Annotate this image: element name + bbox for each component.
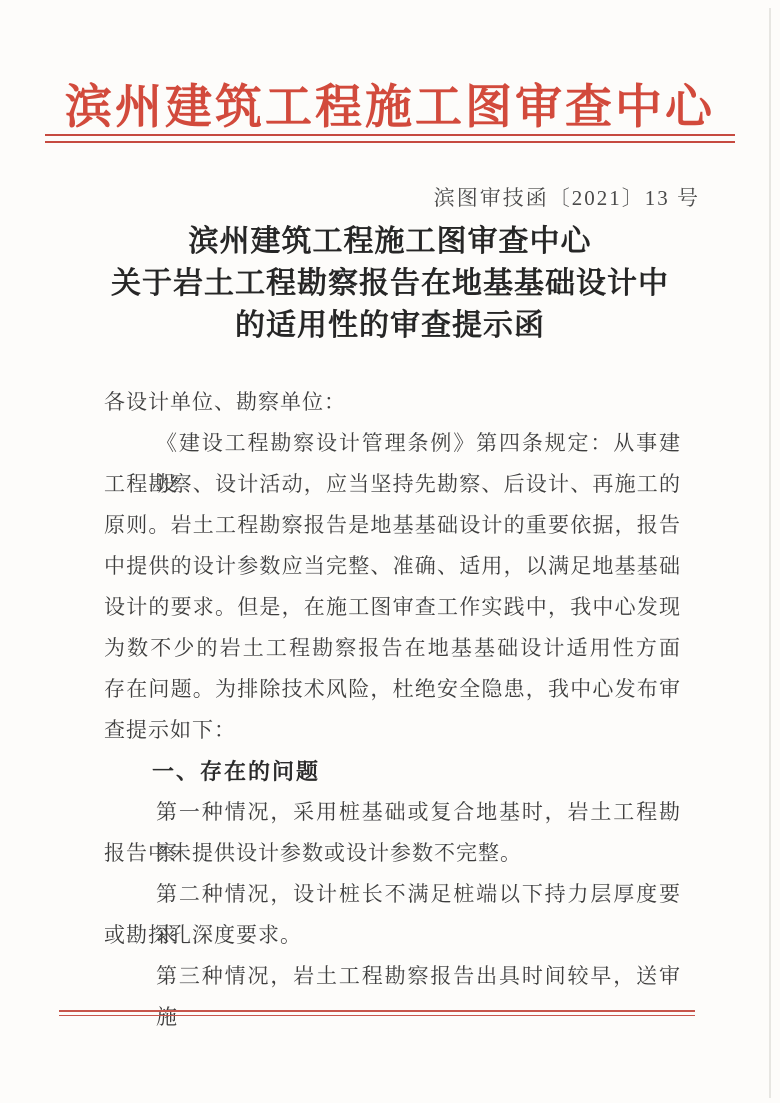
- body-line: 查提示如下：: [104, 710, 681, 751]
- body-line: 《建设工程勘察设计管理条例》第四条规定：从事建设: [104, 423, 681, 464]
- body-line: 存在问题。为排除技术风险，杜绝安全隐患，我中心发布审: [104, 669, 681, 710]
- body-line: 设计的要求。但是，在施工图审查工作实践中，我中心发现: [104, 587, 681, 628]
- doc-title: 滨州建筑工程施工图审查中心 关于岩土工程勘察报告在地基基础设计中 的适用性的审查…: [0, 221, 780, 347]
- body-text: 各设计单位、勘察单位：《建设工程勘察设计管理条例》第四条规定：从事建设工程勘察、…: [104, 382, 681, 997]
- section-heading: 一、存在的问题: [104, 751, 681, 792]
- letterhead-double-rule: [45, 134, 735, 143]
- doc-title-line: 关于岩土工程勘察报告在地基基础设计中: [0, 263, 780, 305]
- body-line: 或勘探孔深度要求。: [104, 915, 681, 956]
- body-line: 工程勘察、设计活动，应当坚持先勘察、后设计、再施工的: [104, 464, 681, 505]
- body-line: 第三种情况，岩土工程勘察报告出具时间较早，送审施: [104, 956, 681, 997]
- letterhead-title: 滨州建筑工程施工图审查中心: [0, 70, 780, 137]
- doc-number: 滨图审技函〔2021〕13 号: [434, 182, 700, 212]
- scan-edge-line: [769, 8, 771, 1098]
- body-line: 第二种情况，设计桩长不满足桩端以下持力层厚度要求: [104, 874, 681, 915]
- body-line: 原则。岩土工程勘察报告是地基基础设计的重要依据，报告: [104, 505, 681, 546]
- doc-title-line: 的适用性的审查提示函: [0, 305, 780, 347]
- body-line: 第一种情况，采用桩基础或复合地基时，岩土工程勘察: [104, 792, 681, 833]
- body-line: 报告中未提供设计参数或设计参数不完整。: [104, 833, 681, 874]
- body-line: 为数不少的岩土工程勘察报告在地基基础设计适用性方面: [104, 628, 681, 669]
- footer-double-rule: [59, 1010, 695, 1016]
- body-line: 各设计单位、勘察单位：: [104, 382, 681, 423]
- doc-title-line: 滨州建筑工程施工图审查中心: [0, 221, 780, 263]
- document-page: 滨州建筑工程施工图审查中心 滨图审技函〔2021〕13 号 滨州建筑工程施工图审…: [0, 0, 780, 1103]
- body-line: 中提供的设计参数应当完整、准确、适用，以满足地基基础: [104, 546, 681, 587]
